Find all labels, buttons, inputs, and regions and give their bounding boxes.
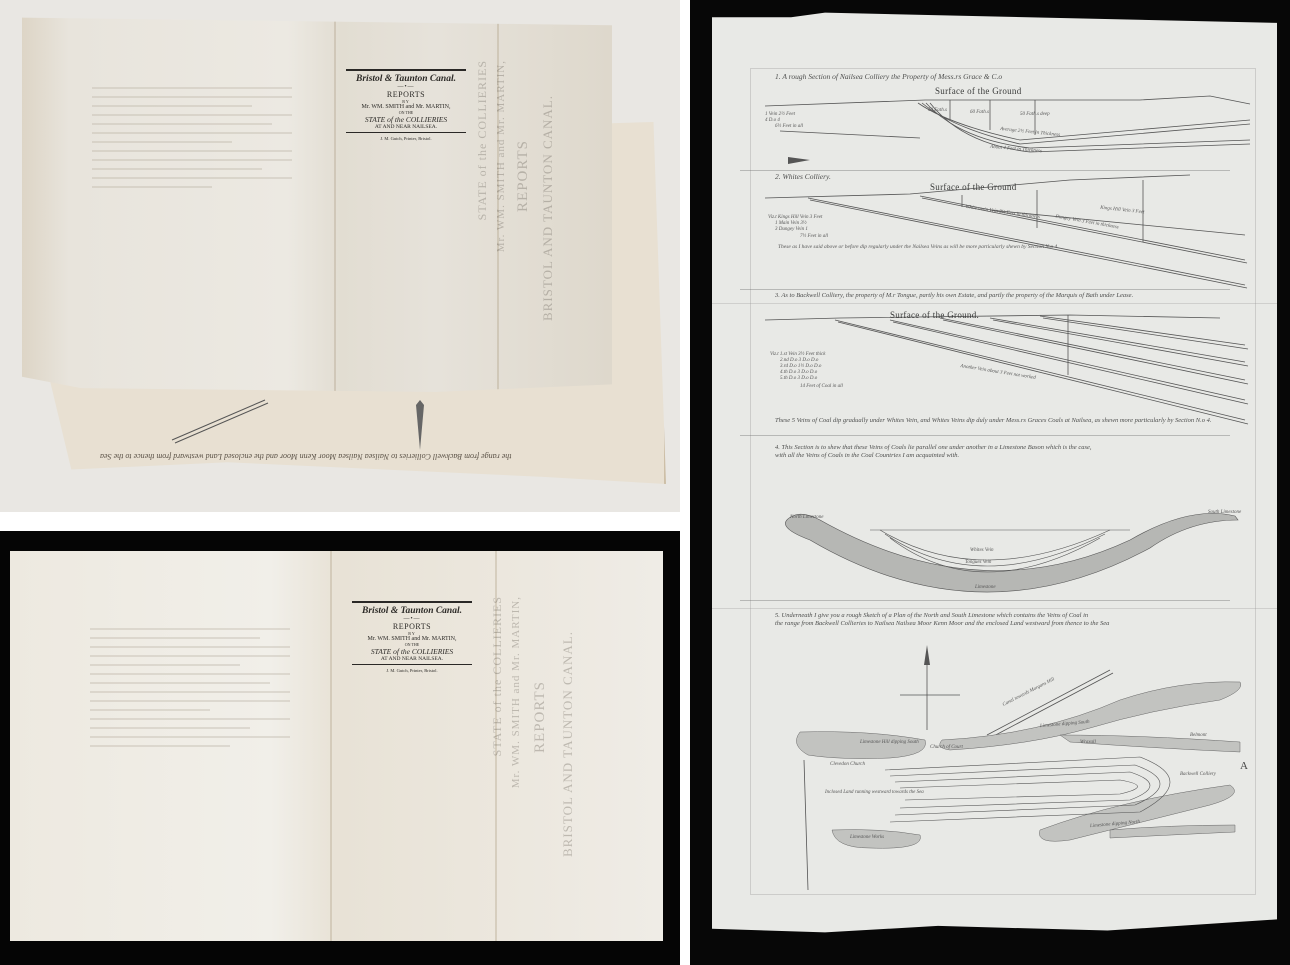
bottom-left-photo: Bristol & Taunton Canal. —•— REPORTS BY … xyxy=(0,531,680,965)
limestone-basin xyxy=(785,513,1238,592)
surface-label: Surface of the Ground xyxy=(930,182,1017,192)
title-block: Bristol & Taunton Canal. —•— REPORTS BY … xyxy=(350,601,474,673)
arrow-icon xyxy=(788,157,810,164)
section-4-caption: 4. This Section is to shew that these Ve… xyxy=(775,444,1092,451)
right-photo: 1. A rough Section of Nailsea Colliery t… xyxy=(690,0,1290,965)
section-2-caption: 2. Whites Colliery. xyxy=(775,172,831,181)
bleed-through-text xyxy=(90,621,290,754)
map-marker-a: A xyxy=(1240,760,1248,772)
fold-line xyxy=(330,551,332,941)
section-1-caption: 1. A rough Section of Nailsea Colliery t… xyxy=(775,72,1002,81)
section-2-note: These as I have said above or before dip… xyxy=(778,244,1059,250)
canal-title: Bristol & Taunton Canal. xyxy=(350,606,474,616)
surface-label: Surface of the Ground. xyxy=(890,310,979,320)
map-sketch-lines xyxy=(0,0,680,512)
section-3-caption: 3. As to Backwell Colliery, the property… xyxy=(775,292,1133,299)
surface-label: Surface of the Ground xyxy=(935,86,1022,96)
limestone-hill xyxy=(796,732,925,759)
mirrored-title: BRISTOL AND TAUNTON CANAL. xyxy=(560,631,576,857)
inverted-map-caption: the range from Backwell Collieries to Na… xyxy=(100,452,512,461)
reports-heading: REPORTS xyxy=(350,622,474,631)
north-arrow-icon xyxy=(924,645,930,665)
top-left-photo: Bristol & Taunton Canal. —•— REPORTS BY … xyxy=(0,0,680,512)
subject: STATE of the COLLIERIES xyxy=(350,647,474,656)
section-3-note: These 5 Veins of Coal dip gradually unde… xyxy=(775,417,1212,424)
printer-imprint: J. M. Gutch, Printer, Bristol. xyxy=(350,668,474,673)
section-5-caption: 5. Underneath I give you a rough Sketch … xyxy=(775,612,1088,619)
north-arrow-icon xyxy=(416,400,424,450)
